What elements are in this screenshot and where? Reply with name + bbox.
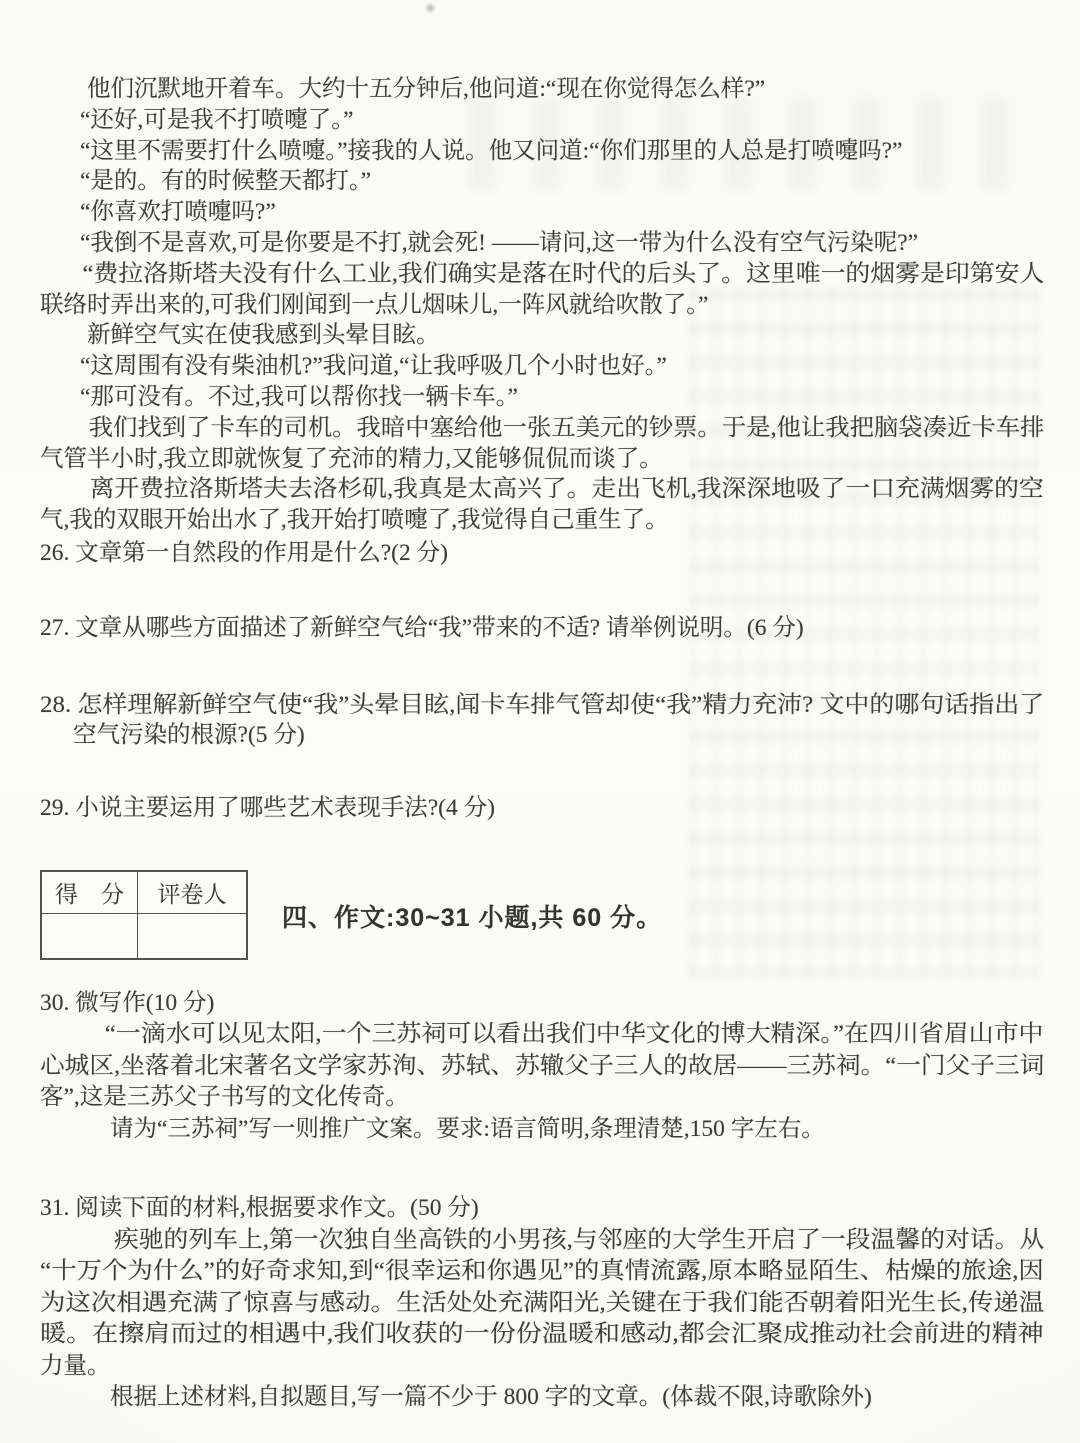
passage-line: 新鲜空气实在使我感到头晕目眩。 — [40, 320, 440, 351]
question-26: 26. 文章第一自然段的作用是什么?(2 分) — [40, 538, 448, 569]
question-31-line: 暖。在擦肩而过的相遇中,我们收获的一份份温暖和感动,都会汇聚成推动社会前进的精神 — [40, 1319, 1044, 1351]
passage-line: “我倒不是喜欢,可是你要是不打,就会死! ——请问,这一带为什么没有空气污染呢?… — [40, 228, 918, 259]
passage-line: 离开费拉洛斯塔夫去洛杉矶,我真是太高兴了。走出飞机,我深深地吸了一口充满烟雾的空 — [40, 474, 1044, 505]
question-31-line: “十万个为什么”的好奇求知,到“很幸运和你遇见”的真情流露,原本略显陌生、枯燥的… — [40, 1256, 1044, 1288]
page-content: 他们沉默地开着车。大约十五分钟后,他问道:“现在你觉得怎么样?” “还好,可是我… — [40, 0, 1044, 1414]
passage-line: “是的。有的时候整天都打。” — [40, 166, 371, 197]
question-31: 31. 阅读下面的材料,根据要求作文。(50 分) 疾驰的列车上,第一次独自坐高… — [40, 1193, 1044, 1414]
exam-paper-page: 他们沉默地开着车。大约十五分钟后,他问道:“现在你觉得怎么样?” “还好,可是我… — [0, 0, 1080, 1443]
score-section: 得 分 评卷人 四、作文:30~31 小题,共 60 分。 — [40, 870, 1044, 960]
question-31-line: 为这次相遇充满了惊喜与感动。生活处处充满阳光,关键在于我们能否朝着阳光生长,传递… — [40, 1288, 1044, 1320]
question-28: 28. 怎样理解新鲜空气使“我”头晕目眩,闻卡车排气管却使“我”精力充沛? 文中… — [40, 690, 1044, 752]
grader-value-cell — [138, 914, 246, 958]
question-29: 29. 小说主要运用了哪些艺术表现手法?(4 分) — [40, 793, 495, 824]
question-30-heading: 30. 微写作(10 分) — [40, 988, 214, 1020]
section-4-heading: 四、作文:30~31 小题,共 60 分。 — [282, 903, 662, 933]
passage-line: “费拉洛斯塔夫没有什么工业,我们确实是落在时代的后头了。这里唯一的烟雾是印第安人 — [40, 259, 1044, 290]
question-27: 27. 文章从哪些方面描述了新鲜空气给“我”带来的不适? 请举例说明。(6 分) — [40, 613, 804, 644]
passage-line: “还好,可是我不打喷嚏了。” — [40, 105, 354, 136]
question-30: 30. 微写作(10 分) “一滴水可以见太阳,一个三苏祠可以看出我们中华文化的… — [40, 988, 1044, 1146]
question-31-line: 根据上述材料,自拟题目,写一篇不少于 800 字的文章。(体裁不限,诗歌除外) — [40, 1382, 872, 1414]
score-value-cell — [42, 914, 138, 958]
question-30-line: 心城区,坐落着北宋著名文学家苏洵、苏轼、苏辙父子三人的故居——三苏祠。“一门父子… — [40, 1051, 1044, 1083]
score-label-cell: 得 分 — [42, 872, 138, 914]
passage-line: “那可没有。不过,我可以帮你找一辆卡车。” — [40, 382, 518, 413]
question-30-line: 请为“三苏祠”写一则推广文案。要求:语言简明,条理清楚,150 字左右。 — [40, 1114, 825, 1146]
question-28-line: 空气污染的根源?(5 分) — [40, 720, 305, 751]
score-table: 得 分 评卷人 — [40, 870, 248, 960]
passage-line: 联络时弄出来的,可我们刚闻到一点儿烟味儿,一阵风就给吹散了。” — [40, 290, 708, 321]
passage-line: 气,我的双眼开始出水了,我开始打喷嚏了,我觉得自己重生了。 — [40, 505, 669, 536]
question-31-line: 力量。 — [40, 1351, 111, 1383]
question-31-line: 疾驰的列车上,第一次独自坐高铁的小男孩,与邻座的大学生开启了一段温馨的对话。从 — [40, 1225, 1044, 1257]
passage-line: 他们沉默地开着车。大约十五分钟后,他问道:“现在你觉得怎么样?” — [40, 74, 765, 105]
passage-line: 我们找到了卡车的司机。我暗中塞给他一张五美元的钞票。于是,他让我把脑袋凑近卡车排 — [40, 413, 1044, 444]
question-28-line: 28. 怎样理解新鲜空气使“我”头晕目眩,闻卡车排气管却使“我”精力充沛? 文中… — [40, 690, 1044, 721]
passage-line: “这周围有没有柴油机?”我问道,“让我呼吸几个小时也好。” — [40, 351, 667, 382]
question-30-line: “一滴水可以见太阳,一个三苏祠可以看出我们中华文化的博大精深。”在四川省眉山市中 — [40, 1019, 1043, 1051]
passage-line: 气管半小时,我立即就恢复了充沛的精力,又能够侃侃而谈了。 — [40, 444, 663, 475]
reading-passage: 他们沉默地开着车。大约十五分钟后,他问道:“现在你觉得怎么样?” “还好,可是我… — [40, 0, 1044, 536]
question-31-heading: 31. 阅读下面的材料,根据要求作文。(50 分) — [40, 1193, 479, 1225]
grader-label-cell: 评卷人 — [138, 872, 246, 914]
question-30-line: 客”,这是三苏父子书写的文化传奇。 — [40, 1082, 409, 1114]
passage-line: “你喜欢打喷嚏吗?” — [40, 197, 276, 228]
passage-line: “这里不需要打什么喷嚏。”接我的人说。他又问道:“你们那里的人总是打喷嚏吗?” — [40, 136, 902, 167]
